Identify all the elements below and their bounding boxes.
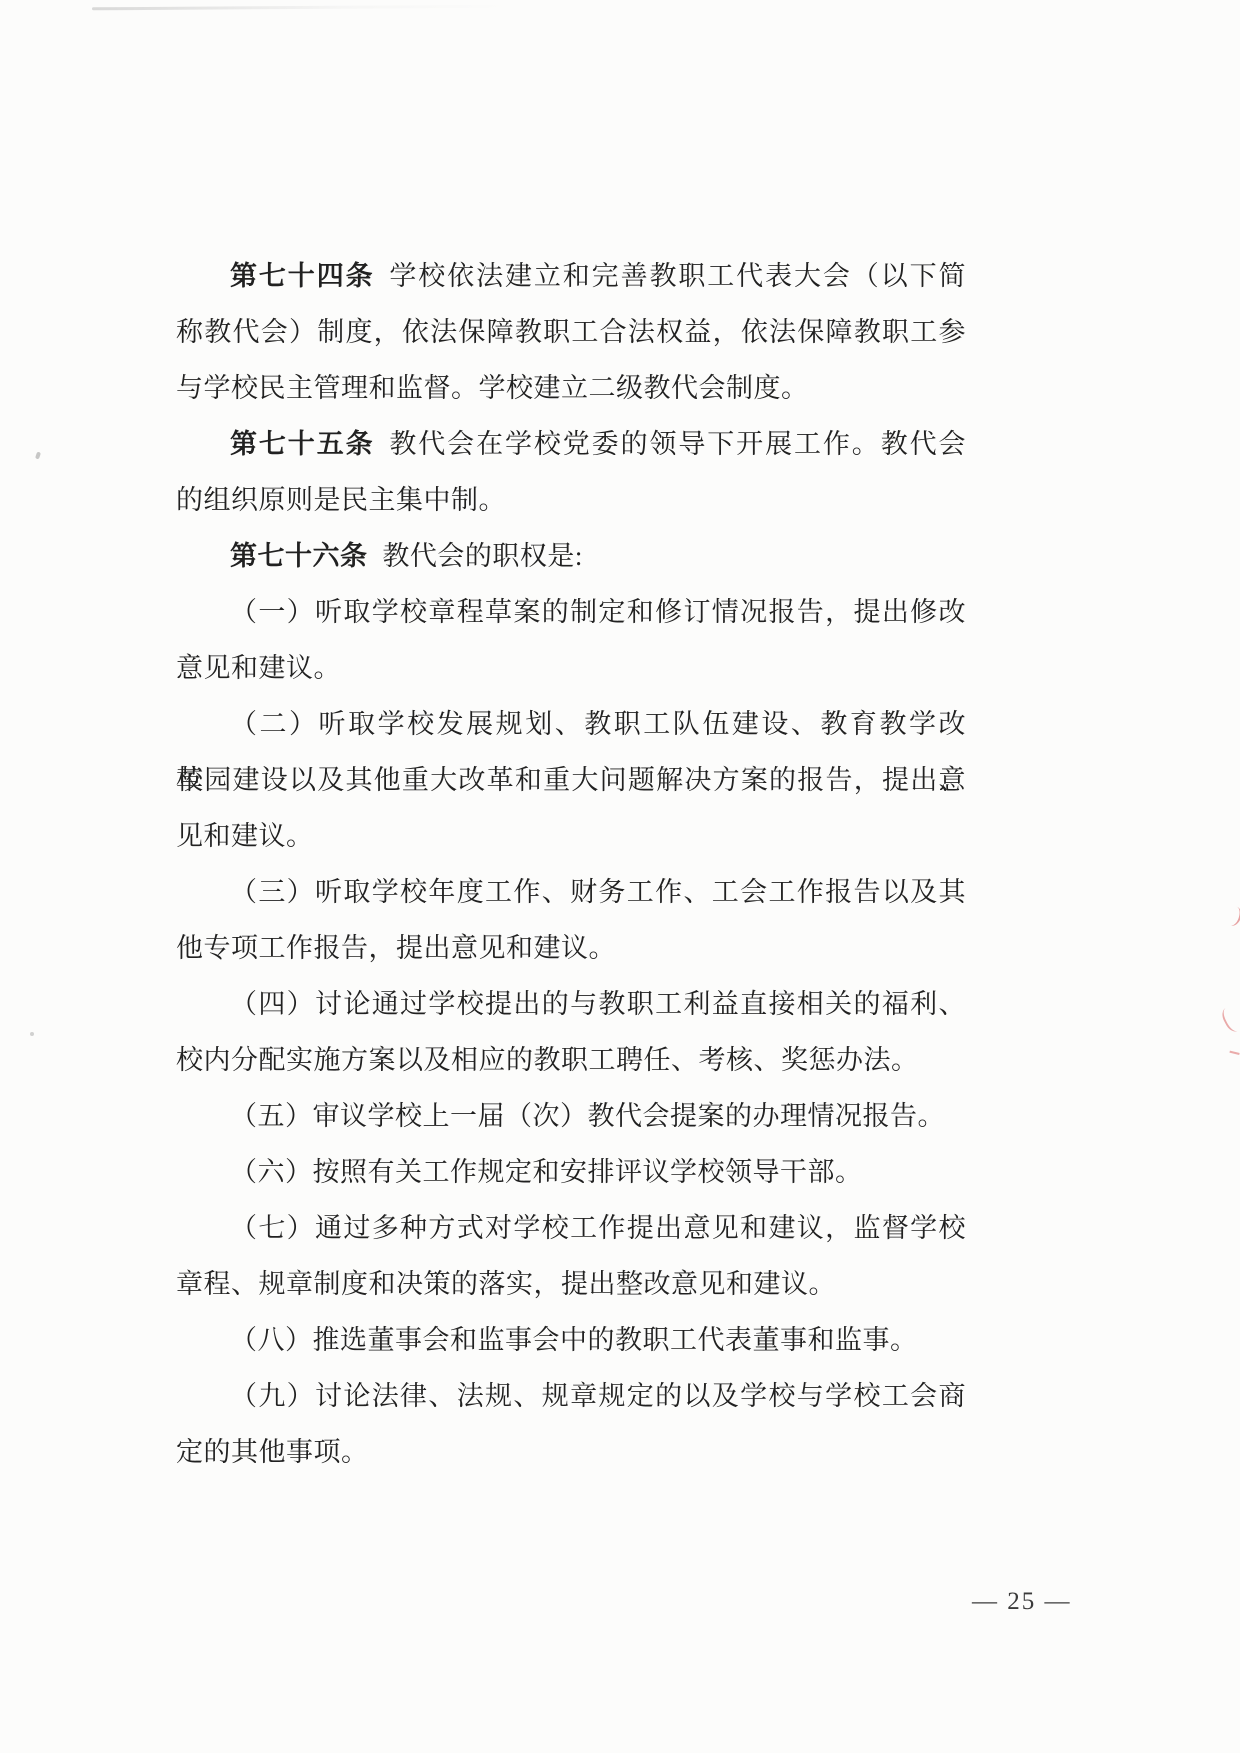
text-line: （九）讨论法律、法规、规章规定的以及学校与学校工会商 [176, 1368, 966, 1424]
paragraph: （二）听取学校发展规划、教职工队伍建设、教育教学改革、校园建设以及其他重大改革和… [176, 696, 966, 864]
scan-artifact-speck [35, 452, 41, 460]
article-number: 第七十四条 [230, 261, 375, 291]
text-line: （八）推选董事会和监事会中的教职工代表董事和监事。 [176, 1312, 966, 1368]
stray-red-mark [1229, 1039, 1240, 1055]
text-line: 校园建设以及其他重大改革和重大问题解决方案的报告，提出意 [176, 752, 966, 808]
paragraph: （四）讨论通过学校提出的与教职工利益直接相关的福利、校内分配实施方案以及相应的教… [176, 976, 966, 1088]
stray-red-mark [1223, 904, 1240, 928]
line-text: 学校依法建立和完善教职工代表大会（以下简 [389, 261, 966, 291]
text-line: （一）听取学校章程草案的制定和修订情况报告，提出修改 [176, 584, 966, 640]
text-line: 定的其他事项。 [176, 1424, 966, 1480]
paragraph: （三）听取学校年度工作、财务工作、工会工作报告以及其他专项工作报告，提出意见和建… [176, 864, 966, 976]
text-line: 他专项工作报告，提出意见和建议。 [176, 920, 966, 976]
scan-artifact-speck [30, 1032, 34, 1036]
text-line: （五）审议学校上一届（次）教代会提案的办理情况报告。 [176, 1088, 966, 1144]
paragraph: （八）推选董事会和监事会中的教职工代表董事和监事。 [176, 1312, 966, 1368]
text-line: （二）听取学校发展规划、教职工队伍建设、教育教学改革、 [176, 696, 966, 752]
paragraph: （七）通过多种方式对学校工作提出意见和建议，监督学校章程、规章制度和决策的落实，… [176, 1200, 966, 1312]
text-line: （六）按照有关工作规定和安排评议学校领导干部。 [176, 1144, 966, 1200]
text-line: 的组织原则是民主集中制。 [176, 472, 966, 528]
paragraph: （五）审议学校上一届（次）教代会提案的办理情况报告。 [176, 1088, 966, 1144]
paragraph: 第七十四条学校依法建立和完善教职工代表大会（以下简称教代会）制度，依法保障教职工… [176, 248, 966, 416]
page-number: — 25 — [972, 1588, 1072, 1616]
article-number: 第七十五条 [230, 429, 375, 459]
text-line: 第七十四条学校依法建立和完善教职工代表大会（以下简 [176, 248, 966, 304]
line-text: 教代会在学校党委的领导下开展工作。教代会 [389, 429, 966, 459]
line-text: 教代会的职权是: [382, 541, 583, 571]
text-line: 意见和建议。 [176, 640, 966, 696]
document-page: 第七十四条学校依法建立和完善教职工代表大会（以下简称教代会）制度，依法保障教职工… [0, 0, 1240, 1753]
document-body: 第七十四条学校依法建立和完善教职工代表大会（以下简称教代会）制度，依法保障教职工… [176, 248, 966, 1480]
text-line: 见和建议。 [176, 808, 966, 864]
paragraph: （一）听取学校章程草案的制定和修订情况报告，提出修改意见和建议。 [176, 584, 966, 696]
paragraph: （九）讨论法律、法规、规章规定的以及学校与学校工会商定的其他事项。 [176, 1368, 966, 1480]
text-line: 第七十六条教代会的职权是: [176, 528, 966, 584]
text-line: 第七十五条教代会在学校党委的领导下开展工作。教代会 [176, 416, 966, 472]
article-number: 第七十六条 [230, 541, 368, 571]
paragraph: 第七十五条教代会在学校党委的领导下开展工作。教代会的组织原则是民主集中制。 [176, 416, 966, 528]
text-line: 校内分配实施方案以及相应的教职工聘任、考核、奖惩办法。 [176, 1032, 966, 1088]
stray-red-mark [1219, 1004, 1240, 1035]
text-line: 章程、规章制度和决策的落实，提出整改意见和建议。 [176, 1256, 966, 1312]
text-line: （三）听取学校年度工作、财务工作、工会工作报告以及其 [176, 864, 966, 920]
paragraph: 第七十六条教代会的职权是: [176, 528, 966, 584]
scan-artifact-streak [92, 5, 512, 11]
text-line: （四）讨论通过学校提出的与教职工利益直接相关的福利、 [176, 976, 966, 1032]
text-line: 与学校民主管理和监督。学校建立二级教代会制度。 [176, 360, 966, 416]
text-line: 称教代会）制度，依法保障教职工合法权益，依法保障教职工参 [176, 304, 966, 360]
text-line: （七）通过多种方式对学校工作提出意见和建议，监督学校 [176, 1200, 966, 1256]
paragraph: （六）按照有关工作规定和安排评议学校领导干部。 [176, 1144, 966, 1200]
